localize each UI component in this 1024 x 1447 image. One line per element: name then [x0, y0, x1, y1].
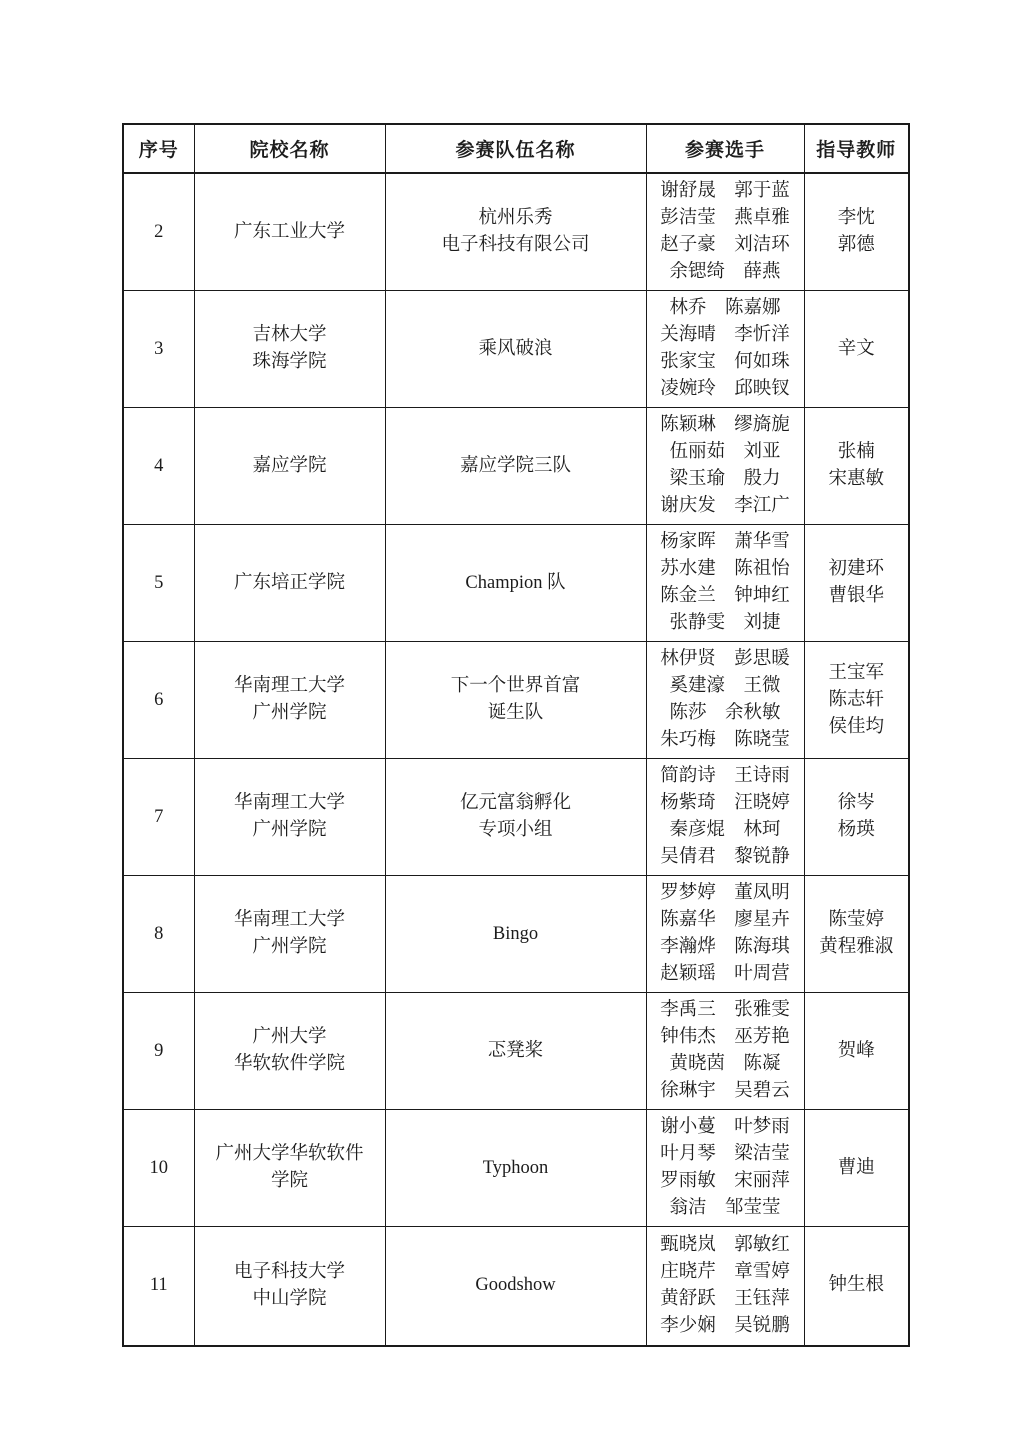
cell-school-name: 广州大学 华软软件学院: [194, 993, 385, 1110]
cell-school-name: 华南理工大学 广州学院: [194, 876, 385, 993]
cell-serial-number: 7: [123, 759, 194, 876]
cell-team-name: Typhoon: [385, 1110, 646, 1227]
cell-advisors: 辛文: [804, 291, 909, 408]
cell-team-name: 杭州乐秀 电子科技有限公司: [385, 173, 646, 291]
cell-advisors: 王宝军 陈志轩 侯佳均: [804, 642, 909, 759]
cell-team-name: 亿元富翁孵化 专项小组: [385, 759, 646, 876]
competition-roster-table: 序号 院校名称 参赛队伍名称 参赛选手 指导教师 2 广东工业大学 杭州乐秀 电…: [122, 123, 910, 1347]
cell-advisors: 徐岑 杨瑛: [804, 759, 909, 876]
cell-players: 谢小蔓 叶梦雨 叶月琴 梁洁莹 罗雨敏 宋丽萍 翁洁 邹莹莹: [646, 1110, 804, 1227]
cell-school-name: 吉林大学 珠海学院: [194, 291, 385, 408]
cell-advisors: 张楠 宋惠敏: [804, 408, 909, 525]
cell-players: 杨家晖 萧华雪 苏水建 陈祖怡 陈金兰 钟坤红 张静雯 刘捷: [646, 525, 804, 642]
column-header-advisors: 指导教师: [804, 124, 909, 173]
cell-team-name: 乘风破浪: [385, 291, 646, 408]
table-row: 9 广州大学 华软软件学院 忑凳桨 李禹三 张雅雯 钟伟杰 巫芳艳 黄晓茵 陈凝…: [123, 993, 909, 1110]
cell-team-name: Goodshow: [385, 1227, 646, 1346]
cell-team-name: 忑凳桨: [385, 993, 646, 1110]
cell-school-name: 电子科技大学 中山学院: [194, 1227, 385, 1346]
column-header-players: 参赛选手: [646, 124, 804, 173]
cell-advisors: 陈莹婷 黄程雅淑: [804, 876, 909, 993]
cell-school-name: 广东培正学院: [194, 525, 385, 642]
table-row: 11 电子科技大学 中山学院 Goodshow 甄晓岚 郭敏红 庄晓芹 章雪婷 …: [123, 1227, 909, 1346]
cell-players: 罗梦婷 董凤明 陈嘉华 廖星卉 李瀚烨 陈海琪 赵颖瑶 叶周营: [646, 876, 804, 993]
cell-advisors: 贺峰: [804, 993, 909, 1110]
cell-players: 李禹三 张雅雯 钟伟杰 巫芳艳 黄晓茵 陈凝 徐琳宇 吴碧云: [646, 993, 804, 1110]
cell-team-name: 下一个世界首富 诞生队: [385, 642, 646, 759]
cell-team-name: Bingo: [385, 876, 646, 993]
table-row: 8 华南理工大学 广州学院 Bingo 罗梦婷 董凤明 陈嘉华 廖星卉 李瀚烨 …: [123, 876, 909, 993]
table-row: 4 嘉应学院 嘉应学院三队 陈颖琳 缪旖旎 伍丽茹 刘亚 梁玉瑜 殷力 谢庆发 …: [123, 408, 909, 525]
cell-serial-number: 10: [123, 1110, 194, 1227]
cell-players: 林伊贤 彭思暖 奚建濠 王微 陈莎 余秋敏 朱巧梅 陈晓莹: [646, 642, 804, 759]
cell-serial-number: 2: [123, 173, 194, 291]
cell-serial-number: 11: [123, 1227, 194, 1346]
cell-school-name: 嘉应学院: [194, 408, 385, 525]
table-row: 7 华南理工大学 广州学院 亿元富翁孵化 专项小组 简韵诗 王诗雨 杨紫琦 汪晓…: [123, 759, 909, 876]
cell-serial-number: 8: [123, 876, 194, 993]
cell-serial-number: 4: [123, 408, 194, 525]
table-row: 3 吉林大学 珠海学院 乘风破浪 林乔 陈嘉娜 关海晴 李忻洋 张家宝 何如珠 …: [123, 291, 909, 408]
table-row: 10 广州大学华软软件 学院 Typhoon 谢小蔓 叶梦雨 叶月琴 梁洁莹 罗…: [123, 1110, 909, 1227]
cell-school-name: 广东工业大学: [194, 173, 385, 291]
table-row: 6 华南理工大学 广州学院 下一个世界首富 诞生队 林伊贤 彭思暖 奚建濠 王微…: [123, 642, 909, 759]
cell-advisors: 钟生根: [804, 1227, 909, 1346]
cell-players: 谢舒晟 郭于蓝 彭洁莹 燕卓雅 赵子豪 刘洁环 余锶绮 薛燕: [646, 173, 804, 291]
table-row: 2 广东工业大学 杭州乐秀 电子科技有限公司 谢舒晟 郭于蓝 彭洁莹 燕卓雅 赵…: [123, 173, 909, 291]
cell-players: 简韵诗 王诗雨 杨紫琦 汪晓婷 秦彦焜 林珂 吴倩君 黎锐静: [646, 759, 804, 876]
document-page: 序号 院校名称 参赛队伍名称 参赛选手 指导教师 2 广东工业大学 杭州乐秀 电…: [0, 0, 1024, 1447]
cell-players: 陈颖琳 缪旖旎 伍丽茹 刘亚 梁玉瑜 殷力 谢庆发 李江广: [646, 408, 804, 525]
cell-serial-number: 6: [123, 642, 194, 759]
cell-advisors: 李忱 郭德: [804, 173, 909, 291]
cell-serial-number: 9: [123, 993, 194, 1110]
cell-school-name: 华南理工大学 广州学院: [194, 759, 385, 876]
cell-school-name: 华南理工大学 广州学院: [194, 642, 385, 759]
column-header-school: 院校名称: [194, 124, 385, 173]
cell-team-name: Champion 队: [385, 525, 646, 642]
cell-players: 林乔 陈嘉娜 关海晴 李忻洋 张家宝 何如珠 凌婉玲 邱映钗: [646, 291, 804, 408]
table-header-row: 序号 院校名称 参赛队伍名称 参赛选手 指导教师: [123, 124, 909, 173]
column-header-team: 参赛队伍名称: [385, 124, 646, 173]
cell-school-name: 广州大学华软软件 学院: [194, 1110, 385, 1227]
cell-serial-number: 3: [123, 291, 194, 408]
cell-serial-number: 5: [123, 525, 194, 642]
table-body: 2 广东工业大学 杭州乐秀 电子科技有限公司 谢舒晟 郭于蓝 彭洁莹 燕卓雅 赵…: [123, 173, 909, 1346]
cell-players: 甄晓岚 郭敏红 庄晓芹 章雪婷 黄舒跃 王钰萍 李少娴 吴锐鹏: [646, 1227, 804, 1346]
cell-team-name: 嘉应学院三队: [385, 408, 646, 525]
column-header-no: 序号: [123, 124, 194, 173]
table-row: 5 广东培正学院 Champion 队 杨家晖 萧华雪 苏水建 陈祖怡 陈金兰 …: [123, 525, 909, 642]
cell-advisors: 初建环 曹银华: [804, 525, 909, 642]
cell-advisors: 曹迪: [804, 1110, 909, 1227]
